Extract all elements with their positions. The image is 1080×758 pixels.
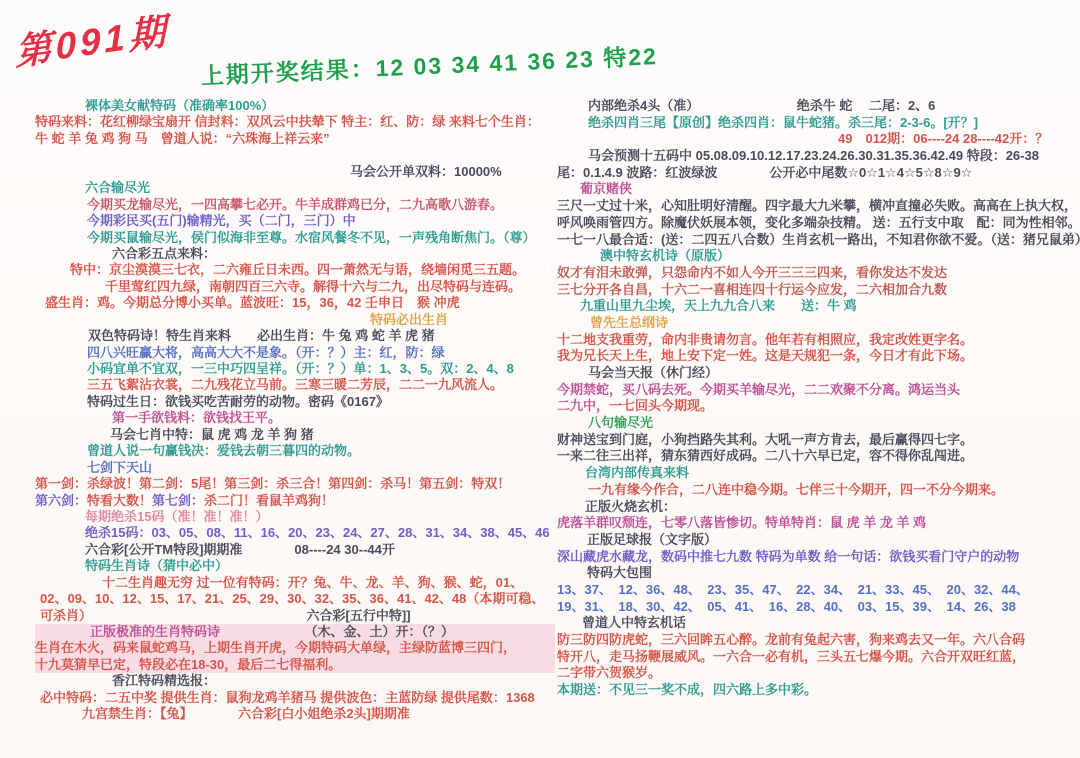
text-line: 19、31、 18、30、42、 05、41、 16、28、40、 03、15、… <box>557 599 1080 616</box>
text-line: 三五飞絮沾衣裳，二九残花立马前。三寒三暖二芳辰，二二一九风流人。 <box>35 377 555 393</box>
text-run: 马会当天报（休门经） <box>588 365 718 380</box>
text-run: 13、37、 12、36、48、 23、35、47、 22、34、 21、33、… <box>557 582 1029 597</box>
text-line: 盛生肖：鸡。今期总分博小买单。蓝波旺：15，36，42 壬申日 猴 冲虎 <box>35 295 555 311</box>
text-run: 第一剑：杀绿波！第二剑：5尾！第三剑：杀三合！第四剑：杀马！第五剑：特双！ <box>35 476 510 491</box>
text-line: 六合彩[公开TM特段]期期准 08----24 30--44开 <box>35 542 555 558</box>
text-run: 杀二门！看鼠羊鸡狗！ <box>204 493 334 508</box>
text-run: 四八兴旺赢大将，高高大大不是象。（开：？）主：红，防：绿 <box>87 345 445 360</box>
text-line: 必中特码：二五中奖 提供生肖：鼠狗龙鸡羊猪马 提供波色：主蓝防绿 提供尾数：13… <box>35 690 555 706</box>
text-run: 每期绝杀15码（准！准！准！） <box>85 509 268 524</box>
text-line: 防三防四防虎蛇，三六回眸五心醉。龙前有兔起六害，狗来鸡去又一年。六八合码 <box>557 632 1080 649</box>
text-run: 十二生肖趣无穷 过一位有特码：开？兔、牛、龙、羊、狗、猴、蛇，01、 <box>102 575 523 590</box>
text-run: 特中：京尘漠漠三七衣，二六雍丘日未西。四一萧然无与语，绕墙闲觅三五题。 <box>70 262 525 277</box>
text-run: 一七回头今期现。 <box>609 398 713 413</box>
text-line: 第六剑：特看大数！第七剑：杀二门！看鼠羊鸡狗！ <box>35 493 555 509</box>
text-line: 九重山里九尘埃，天上九九合八来 送：牛 鸡 <box>557 298 1080 315</box>
text-run: 盛生肖：鸡。今期总分博小买单。蓝波旺：15，36，42 壬申日 猴 冲虎 <box>45 295 460 310</box>
text-run: 马会预测十五码中 05.08.09.10.12.17.23.24.26.30.3… <box>588 148 1039 163</box>
text-run: 虎落羊群叹颓连，七零八落皆惨切。特单特肖：鼠 虎 羊 龙 羊 鸡 <box>557 515 926 530</box>
text-run: 双色特码诗！特生肖来料 必出生肖：牛 兔 鸡 蛇 羊 虎 猪 <box>88 328 435 343</box>
text-run <box>220 624 311 639</box>
text-line: 正版火烧玄机： <box>557 499 1080 516</box>
text-line: 第一手欲钱料：欲钱找王平。 <box>35 410 555 426</box>
text-line: 特中：京尘漠漠三七衣，二六雍丘日未西。四一萧然无与语，绕墙闲觅三五题。 <box>35 262 555 278</box>
text-run: 呼风唤雨管四方。除魔伏妖展本领，变化多端杂技精。 送：五行支中取 配：同为性相邻… <box>557 215 1080 230</box>
text-line: 第一剑：杀绿波！第二剑：5尾！第三剑：杀三合！第四剑：杀马！第五剑：特双！ <box>35 476 555 492</box>
text-line: 六合输尽光 <box>35 180 555 196</box>
text-run: 第一手欲钱料：欲钱找王平。 <box>112 410 281 425</box>
text-run: 三七分开各自昌，十六二一喜相连四十行运今应发，二六相加合九数 <box>557 282 947 297</box>
text-line: 六合彩五点来料： <box>35 246 555 262</box>
text-run: 曾道人中特玄机话 <box>582 615 686 630</box>
text-line: 特码大包围 <box>557 565 1080 582</box>
text-line: 财神送宝到门庭，小狗挡路失其利。大吼一声方肯去，最后赢得四七字。 <box>557 432 1080 449</box>
text-line: 呼风唤雨管四方。除魔伏妖展本领，变化多端杂技精。 送：五行支中取 配：同为性相邻… <box>557 215 1080 232</box>
issue-title: 第091期 <box>14 0 170 76</box>
text-line: 马会预测十五码中 05.08.09.10.12.17.23.24.26.30.3… <box>557 148 1080 165</box>
text-run: 曾道人说一句赢钱决：爱钱去朝三暮四的动物。 <box>87 443 360 458</box>
text-line: 九宫禁生肖：【兔】 六合彩[白小姐绝杀2头]期期准 <box>35 706 555 722</box>
text-run: 台湾内部传真来料 <box>585 465 689 480</box>
text-run: 特码必出生肖 <box>370 312 448 327</box>
text-run: 绝杀15码：03、05、08、11、16、20、23、24、27、28、31、3… <box>85 525 550 540</box>
text-line: 02、09、10、12、15、17、21、25、29、30、32、35、36、4… <box>35 591 555 607</box>
text-line: 牛 蛇 羊 兔 鸡 狗 马 曾道人说：“六珠海上祥云来” <box>35 131 555 147</box>
text-line <box>35 147 555 163</box>
text-line: 今期禁蛇，买八码去死。今期买羊输尽光，二二欢聚不分离。鸿运当头 <box>557 382 1080 399</box>
text-line: 七剑下天山 <box>35 460 555 476</box>
text-line: 曾先生总纲诗 <box>557 315 1080 332</box>
text-line: 绝杀15码：03、05、08、11、16、20、23、24、27、28、31、3… <box>35 525 555 541</box>
text-run: 内部绝杀4头（准） 绝杀牛 蛇 二尾：2、6 <box>588 98 935 113</box>
text-line: 裸体美女献特码（准确率100%） <box>35 98 555 114</box>
text-line: 49 012期：06----24 28----42开：？ <box>557 131 1080 148</box>
text-run: 马会公开单双料：10000% <box>350 164 502 179</box>
text-run: 尾：0.1.4.9 波路：红波绿波 公开必中尾数☆0☆1☆4☆5☆8☆9☆ <box>557 165 972 180</box>
text-run: 九宫禁生肖：【兔】 六合彩[白小姐绝杀2头]期期准 <box>82 706 410 721</box>
text-run: 19、31、 18、30、42、 05、41、 16、28、40、 03、15、… <box>557 599 1016 614</box>
text-run: 必中特码：二五中奖 提供生肖：鼠狗龙鸡羊猪马 提供波色：主蓝防绿 提供尾数：13… <box>40 690 535 705</box>
text-run: 二九中， <box>557 398 609 413</box>
text-run: （木、金、土）开：（？） <box>311 624 454 639</box>
text-line: 特码来料：花红柳绿宝扇开 信封料：双风云中扶辇下 特主：红、防：绿 来料七个生肖… <box>35 114 555 130</box>
text-run: 千里莺红四九绿，南朝四百三六寺。解得十六与二九，出尽特码与连码。 <box>105 279 521 294</box>
text-run: 正版火烧玄机： <box>585 499 676 514</box>
text-line: 今期彩民买(五门)输精光，买（二门，三门）中 <box>35 213 555 229</box>
text-run: 十九莫猜早已定，特段必在18-30，最后二七得福利。 <box>35 657 341 672</box>
last-draw-result: 上期开奖结果：12 03 34 41 36 23 特22 <box>200 38 658 91</box>
text-line: 台湾内部传真来料 <box>557 465 1080 482</box>
text-line: 小码宜单不宜双，一三中巧四呈祥。（开：？）单：1、3、5。双：2、4、8 <box>35 361 555 377</box>
text-line: 十二生肖趣无穷 过一位有特码：开？兔、牛、龙、羊、狗、猴、蛇，01、 <box>35 575 555 591</box>
text-line: 三尺一丈过十米，心知肚明好清醒。四字最大九米攀，横冲直撞必失败。高高在上执大权， <box>557 198 1080 215</box>
text-run: 防三防四防虎蛇，三六回眸五心醉。龙前有兔起六害，狗来鸡去又一年。六八合码 <box>557 632 1025 647</box>
text-line: 特码生肖诗（猜中必中） <box>35 558 555 574</box>
text-run: 六合彩五点来料： <box>112 246 216 261</box>
text-line: 每期绝杀15码（准！准！准！） <box>35 509 555 525</box>
text-run: 一七一八最合适：(送：二四五八合数）生肖玄机一路出，不知君你欲不爱。（送：猪兄鼠… <box>557 232 1080 247</box>
text-run: 本期送：不见三一奖不成，四六路上多中彩。 <box>557 682 817 697</box>
text-line: 二字带六贺猴岁。 <box>557 665 1080 682</box>
text-line: 奴才有泪未敢弹，只怨命内不如人今开三三三四来，看你发达不发达 <box>557 265 1080 282</box>
text-run: 奴才有泪未敢弹，只怨命内不如人今开三三三四来，看你发达不发达 <box>557 265 947 280</box>
text-run: 裸体美女献特码（准确率100%） <box>85 98 274 113</box>
text-run: 第七剑： <box>152 493 204 508</box>
text-run: 今期买龙输尽光，一四高攀七必开。牛羊成群鸡已分，二九高歌八游春。 <box>87 197 503 212</box>
text-run: 曾先生总纲诗 <box>590 315 668 330</box>
text-line: 正版极准的生肖特码诗 （木、金、土）开：（？） <box>35 624 555 640</box>
text-line: 澳中特玄机诗（原版） <box>557 248 1080 265</box>
text-run: 正版极准的生肖特码诗 <box>90 624 220 639</box>
text-run <box>86 608 307 623</box>
text-line: 一七一八最合适：(送：二四五八合数）生肖玄机一路出，不知君你欲不爱。（送：猪兄鼠… <box>557 232 1080 249</box>
text-run: 二字带六贺猴岁。 <box>557 665 661 680</box>
text-run: 今期彩民买(五门)输精光，买（二门，三门）中 <box>87 213 356 228</box>
text-run: 八句输尽光 <box>588 415 653 430</box>
text-run: 第六剑： <box>35 493 87 508</box>
text-run: 我为兄长天上生，地上安下定一姓。这是天规犯一条，今日才有此下场。 <box>557 348 973 363</box>
text-line: 内部绝杀4头（准） 绝杀牛 蛇 二尾：2、6 <box>557 98 1080 115</box>
text-run: 财神送宝到门庭，小狗挡路失其利。大吼一声方肯去，最后赢得四七字。 <box>557 432 973 447</box>
text-run: 02、09、10、12、15、17、21、25、29、30、32、35、36、4… <box>40 591 544 606</box>
text-run: 九重山里九尘埃，天上九九合八来 送：牛 鸡 <box>580 298 857 313</box>
text-line: 虎落羊群叹颓连，七零八落皆惨切。特单特肖：鼠 虎 羊 龙 羊 鸡 <box>557 515 1080 532</box>
text-line: 尾：0.1.4.9 波路：红波绿波 公开必中尾数☆0☆1☆4☆5☆8☆9☆ <box>557 165 1080 182</box>
text-run: 特看大数！ <box>87 493 152 508</box>
text-run: 牛 蛇 羊 兔 鸡 狗 马 曾道人说：“六珠海上祥云来” <box>35 131 330 146</box>
text-run: 七剑下天山 <box>87 460 152 475</box>
text-run: 可杀肖） <box>40 608 86 623</box>
text-run: 三五飞絮沾衣裳，二九残花立马前。三寒三暖二芳辰，二二一九风流人。 <box>87 377 503 392</box>
text-line: 千里莺红四九绿，南朝四百三六寺。解得十六与二九，出尽特码与连码。 <box>35 279 555 295</box>
text-run: 一九有缘今作合，二八连中稳今期。七伴三十今期开，四一不分今期来。 <box>588 482 1004 497</box>
text-run: 特码来料：花红柳绿宝扇开 信封料：双风云中扶辇下 特主：红、防：绿 来料七个生肖… <box>35 114 540 129</box>
text-line: 一来二往三出祥，猜东猜西好成码。二八十六早已定，容不得你乱闯进。 <box>557 448 1080 465</box>
text-run: 一来二往三出祥，猜东猜西好成码。二八十六早已定，容不得你乱闯进。 <box>557 448 973 463</box>
text-line: 一九有缘今作合，二八连中稳今期。七伴三十今期开，四一不分今期来。 <box>557 482 1080 499</box>
text-run: 三尺一丈过十米，心知肚明好清醒。四字最大九米攀，横冲直撞必失败。高高在上执大权， <box>557 198 1077 213</box>
text-line: 马会当天报（休门经） <box>557 365 1080 382</box>
text-line: 绝杀四肖三尾【原创】绝杀四肖：鼠牛蛇猪。杀三尾：2-3-6。[开？] <box>557 115 1080 132</box>
text-run: 香江特码精选报： <box>112 673 216 688</box>
text-line: 生肖在木火，码来鼠蛇鸡马，上期生肖开虎，今期特码大单绿，主绿防蓝博三四门， <box>35 640 555 656</box>
text-run: 六合输尽光 <box>85 180 150 195</box>
text-run: 特码生肖诗（猜中必中） <box>85 558 228 573</box>
text-line: 特开八，走马扬鞭展威风。一六合一必有机，三头五七爆今期。六合开双旺红蓝， <box>557 649 1080 666</box>
text-run: 小码宜单不宜双，一三中巧四呈祥。（开：？）单：1、3、5。双：2、4、8 <box>87 361 514 376</box>
text-line: 今期买龙输尽光，一四高攀七必开。牛羊成群鸡已分，二九高歌八游春。 <box>35 197 555 213</box>
text-line: 四八兴旺赢大将，高高大大不是象。（开：？）主：红，防：绿 <box>35 345 555 361</box>
text-line: 二九中，一七回头今期现。 <box>557 398 1080 415</box>
text-run: 49 012期：06----24 28----42开：？ <box>838 131 1048 146</box>
text-line: 本期送：不见三一奖不成，四六路上多中彩。 <box>557 682 1080 699</box>
text-run: 六合彩[公开TM特段]期期准 08----24 30--44开 <box>85 542 395 557</box>
text-line: 深山藏虎水藏龙，数码中推七九数 特码为单数 给一句话：欲钱买看门守户的动物 <box>557 549 1080 566</box>
text-line: 香江特码精选报： <box>35 673 555 689</box>
text-line: 13、37、 12、36、48、 23、35、47、 22、34、 21、33、… <box>557 582 1080 599</box>
lottery-tip-sheet: 第091期 上期开奖结果：12 03 34 41 36 23 特22 裸体美女献… <box>0 0 1080 758</box>
text-run: 特开八，走马扬鞭展威风。一六合一必有机，三头五七爆今期。六合开双旺红蓝， <box>557 649 1025 664</box>
text-run: 今期禁蛇，买八码去死。今期买羊输尽光，二二欢聚不分离。鸿运当头 <box>557 382 960 397</box>
text-run: 深山藏虎水藏龙，数码中推七九数 特码为单数 给一句话：欲钱买看门守户的动物 <box>557 549 1019 564</box>
text-run: 绝杀四肖三尾【原创】绝杀四肖：鼠牛蛇猪。杀三尾：2-3-6。[开？] <box>588 115 978 130</box>
text-run: 特码大包围 <box>587 565 652 580</box>
text-line: 可杀肖） 六合彩[五行中特]] <box>35 608 555 624</box>
left-column: 裸体美女献特码（准确率100%）特码来料：花红柳绿宝扇开 信封料：双风云中扶辇下… <box>35 98 555 723</box>
text-run: 特码过生日：欲钱买吃苦耐劳的动物。密码《0167》 <box>87 394 389 409</box>
text-line: 十二地支我重劳，命内非贵请勿言。他年若有相照应，我定改姓更字名。 <box>557 332 1080 349</box>
text-line: 双色特码诗！特生肖来料 必出生肖：牛 兔 鸡 蛇 羊 虎 猪 <box>35 328 555 344</box>
text-run: 六合彩[五行中特]] <box>307 608 411 623</box>
text-line: 曾道人说一句赢钱决：爱钱去朝三暮四的动物。 <box>35 443 555 459</box>
text-line: 三七分开各自昌，十六二一喜相连四十行运今应发，二六相加合九数 <box>557 282 1080 299</box>
text-line: 特码必出生肖 <box>35 312 555 328</box>
text-run: 正版足球报（文字版） <box>587 532 717 547</box>
text-run: 生肖在木火，码来鼠蛇鸡马，上期生肖开虎，今期特码大单绿，主绿防蓝博三四门， <box>35 640 516 655</box>
right-column: 内部绝杀4头（准） 绝杀牛 蛇 二尾：2、6绝杀四肖三尾【原创】绝杀四肖：鼠牛蛇… <box>557 98 1080 699</box>
text-run: 今期买鼠输尽光，侯门似海非至尊。水宿风餐冬不见，一声残角断焦门。（尊） <box>87 230 536 245</box>
text-run: 葡京赌侠 <box>580 181 632 196</box>
text-run: 马会七肖中特：鼠 虎 鸡 龙 羊 狗 猪 <box>110 427 314 442</box>
text-line: 马会公开单双料：10000% <box>35 164 555 180</box>
text-line: 我为兄长天上生，地上安下定一姓。这是天规犯一条，今日才有此下场。 <box>557 348 1080 365</box>
text-line: 特码过生日：欲钱买吃苦耐劳的动物。密码《0167》 <box>35 394 555 410</box>
text-line: 今期买鼠输尽光，侯门似海非至尊。水宿风餐冬不见，一声残角断焦门。（尊） <box>35 230 555 246</box>
text-line: 曾道人中特玄机话 <box>557 615 1080 632</box>
text-line: 八句输尽光 <box>557 415 1080 432</box>
text-line: 十九莫猜早已定，特段必在18-30，最后二七得福利。 <box>35 657 555 673</box>
text-line: 马会七肖中特：鼠 虎 鸡 龙 羊 狗 猪 <box>35 427 555 443</box>
text-line: 正版足球报（文字版） <box>557 532 1080 549</box>
text-run: 十二地支我重劳，命内非贵请勿言。他年若有相照应，我定改姓更字名。 <box>557 332 973 347</box>
text-line: 葡京赌侠 <box>557 181 1080 198</box>
text-run: 澳中特玄机诗（原版） <box>600 248 730 263</box>
